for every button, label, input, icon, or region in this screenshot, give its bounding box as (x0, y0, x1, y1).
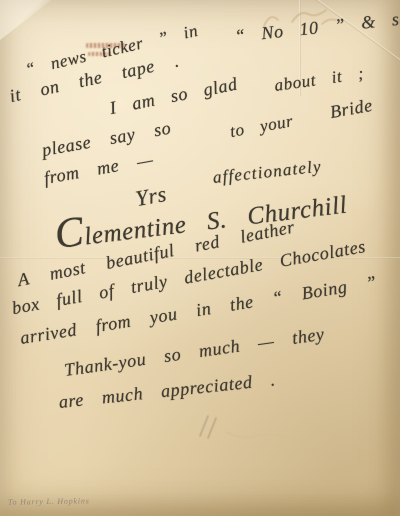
handwritten-line: Bride (328, 95, 374, 123)
handwritten-line: about it ; (273, 64, 365, 96)
handwritten-line: please say so (40, 118, 172, 161)
fold-crease-top-left-corner (0, 0, 52, 40)
letter-page: “ No 10 ” & saw “ news ticker ” in it on… (0, 0, 400, 516)
ink-bleedthrough-bottom (196, 414, 346, 454)
handwritten-line: to your (229, 111, 295, 142)
archival-pencil-note: To Harry L. Hopkins (8, 496, 90, 506)
